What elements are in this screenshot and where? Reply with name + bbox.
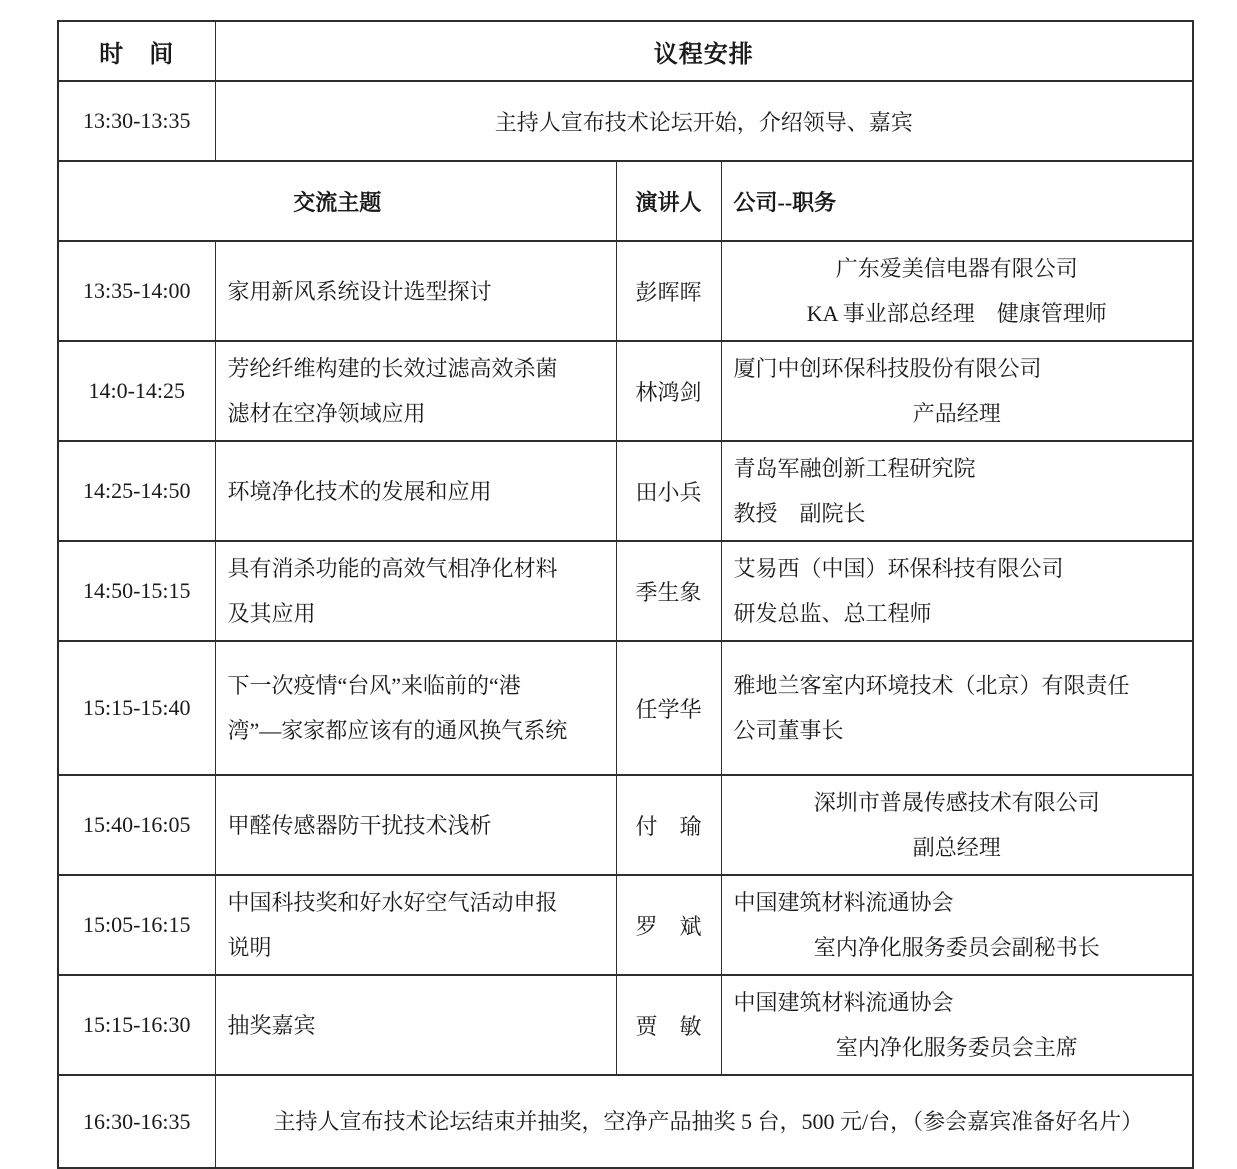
- session-row: 14:0-14:25 芳纶纤维构建的长效过滤高效杀菌滤材在空净领域应用 林鸿剑 …: [58, 341, 1193, 441]
- session-speaker: 季生象: [616, 541, 721, 641]
- company-line: 室内净化服务委员会副秘书长: [734, 925, 1181, 970]
- company-line: 中国建筑材料流通协会: [734, 880, 1181, 925]
- session-time: 14:0-14:25: [58, 341, 215, 441]
- session-time: 15:05-16:15: [58, 875, 215, 975]
- closing-time-cell: 16:30-16:35: [58, 1075, 215, 1168]
- session-row: 15:15-15:40 下一次疫情“台风”来临前的“港湾”—家家都应该有的通风换…: [58, 641, 1193, 775]
- company-line: 室内净化服务委员会主席: [734, 1025, 1181, 1070]
- session-time: 13:35-14:00: [58, 241, 215, 341]
- agenda-table-container: 时 间 议程安排 13:30-13:35 主持人宣布技术论坛开始，介绍领导、嘉宾…: [57, 20, 1194, 1169]
- session-topic-text: 抽奖嘉宾: [228, 1003, 574, 1048]
- session-topic-text: 中国科技奖和好水好空气活动申报说明: [228, 880, 574, 970]
- session-topic: 抽奖嘉宾: [215, 975, 616, 1075]
- session-topic-text: 具有消杀功能的高效气相净化材料及其应用: [228, 546, 574, 636]
- company-line: 教授 副院长: [734, 491, 1181, 536]
- session-topic-text: 家用新风系统设计选型探讨: [228, 269, 574, 314]
- session-company: 厦门中创环保科技股份有限公司 产品经理: [721, 341, 1193, 441]
- company-line: 青岛军融创新工程研究院: [734, 446, 1181, 491]
- company-line: 副总经理: [734, 825, 1181, 870]
- session-topic: 下一次疫情“台风”来临前的“港湾”—家家都应该有的通风换气系统: [215, 641, 616, 775]
- session-topic: 具有消杀功能的高效气相净化材料及其应用: [215, 541, 616, 641]
- header-agenda-cell: 议程安排: [215, 21, 1193, 81]
- session-row: 13:35-14:00 家用新风系统设计选型探讨 彭晖晖 广东爱美信电器有限公司…: [58, 241, 1193, 341]
- session-company: 雅地兰客室内环境技术（北京）有限责任公司董事长: [721, 641, 1193, 775]
- company-line: 产品经理: [734, 391, 1181, 436]
- subheader-topic-cell: 交流主题: [58, 161, 616, 241]
- session-time: 14:50-15:15: [58, 541, 215, 641]
- session-company: 深圳市普晟传感技术有限公司 副总经理: [721, 775, 1193, 875]
- company-line: 中国建筑材料流通协会: [734, 980, 1181, 1025]
- session-company: 青岛军融创新工程研究院 教授 副院长: [721, 441, 1193, 541]
- session-row: 14:25-14:50 环境净化技术的发展和应用 田小兵 青岛军融创新工程研究院…: [58, 441, 1193, 541]
- session-company: 中国建筑材料流通协会 室内净化服务委员会主席: [721, 975, 1193, 1075]
- closing-text: 主持人宣布技术论坛结束并抽奖，空净产品抽奖 5 台，500 元/台，（参会嘉宾准…: [230, 1099, 1158, 1145]
- session-row: 14:50-15:15 具有消杀功能的高效气相净化材料及其应用 季生象 艾易西（…: [58, 541, 1193, 641]
- session-topic-text: 芳纶纤维构建的长效过滤高效杀菌滤材在空净领域应用: [228, 346, 574, 436]
- closing-content-cell: 主持人宣布技术论坛结束并抽奖，空净产品抽奖 5 台，500 元/台，（参会嘉宾准…: [215, 1075, 1193, 1168]
- session-topic: 中国科技奖和好水好空气活动申报说明: [215, 875, 616, 975]
- session-row: 15:05-16:15 中国科技奖和好水好空气活动申报说明 罗 斌 中国建筑材料…: [58, 875, 1193, 975]
- session-topic: 家用新风系统设计选型探讨: [215, 241, 616, 341]
- company-line: 艾易西（中国）环保科技有限公司: [734, 546, 1181, 591]
- session-topic: 甲醛传感器防干扰技术浅析: [215, 775, 616, 875]
- session-company: 艾易西（中国）环保科技有限公司 研发总监、总工程师: [721, 541, 1193, 641]
- subheader-row: 交流主题 演讲人 公司--职务: [58, 161, 1193, 241]
- session-speaker: 林鸿剑: [616, 341, 721, 441]
- opening-time-cell: 13:30-13:35: [58, 81, 215, 161]
- agenda-table: 时 间 议程安排 13:30-13:35 主持人宣布技术论坛开始，介绍领导、嘉宾…: [57, 20, 1194, 1169]
- session-topic: 环境净化技术的发展和应用: [215, 441, 616, 541]
- subheader-company-cell: 公司--职务: [721, 161, 1193, 241]
- session-time: 15:15-15:40: [58, 641, 215, 775]
- company-line: 研发总监、总工程师: [734, 591, 1181, 636]
- session-topic: 芳纶纤维构建的长效过滤高效杀菌滤材在空净领域应用: [215, 341, 616, 441]
- session-row: 15:15-16:30 抽奖嘉宾 贾 敏 中国建筑材料流通协会 室内净化服务委员…: [58, 975, 1193, 1075]
- session-row: 15:40-16:05 甲醛传感器防干扰技术浅析 付 瑜 深圳市普晟传感技术有限…: [58, 775, 1193, 875]
- session-speaker: 任学华: [616, 641, 721, 775]
- opening-content-cell: 主持人宣布技术论坛开始，介绍领导、嘉宾: [215, 81, 1193, 161]
- header-time-cell: 时 间: [58, 21, 215, 81]
- session-time: 15:15-16:30: [58, 975, 215, 1075]
- subheader-speaker-cell: 演讲人: [616, 161, 721, 241]
- session-topic-text: 下一次疫情“台风”来临前的“港湾”—家家都应该有的通风换气系统: [228, 663, 574, 753]
- session-speaker: 贾 敏: [616, 975, 721, 1075]
- session-speaker: 付 瑜: [616, 775, 721, 875]
- session-company: 中国建筑材料流通协会 室内净化服务委员会副秘书长: [721, 875, 1193, 975]
- header-row: 时 间 议程安排: [58, 21, 1193, 81]
- session-company: 广东爱美信电器有限公司 KA 事业部总经理 健康管理师: [721, 241, 1193, 341]
- session-speaker: 罗 斌: [616, 875, 721, 975]
- session-speaker: 田小兵: [616, 441, 721, 541]
- company-line: 广东爱美信电器有限公司: [734, 246, 1181, 291]
- session-topic-text: 甲醛传感器防干扰技术浅析: [228, 803, 574, 848]
- company-line: 深圳市普晟传感技术有限公司: [734, 780, 1181, 825]
- company-line: 雅地兰客室内环境技术（北京）有限责任公司董事长: [734, 663, 1138, 753]
- session-speaker: 彭晖晖: [616, 241, 721, 341]
- session-time: 14:25-14:50: [58, 441, 215, 541]
- session-topic-text: 环境净化技术的发展和应用: [228, 469, 574, 514]
- company-line: 厦门中创环保科技股份有限公司: [734, 346, 1181, 391]
- session-time: 15:40-16:05: [58, 775, 215, 875]
- company-line: KA 事业部总经理 健康管理师: [734, 291, 1181, 336]
- closing-row: 16:30-16:35 主持人宣布技术论坛结束并抽奖，空净产品抽奖 5 台，50…: [58, 1075, 1193, 1168]
- opening-row: 13:30-13:35 主持人宣布技术论坛开始，介绍领导、嘉宾: [58, 81, 1193, 161]
